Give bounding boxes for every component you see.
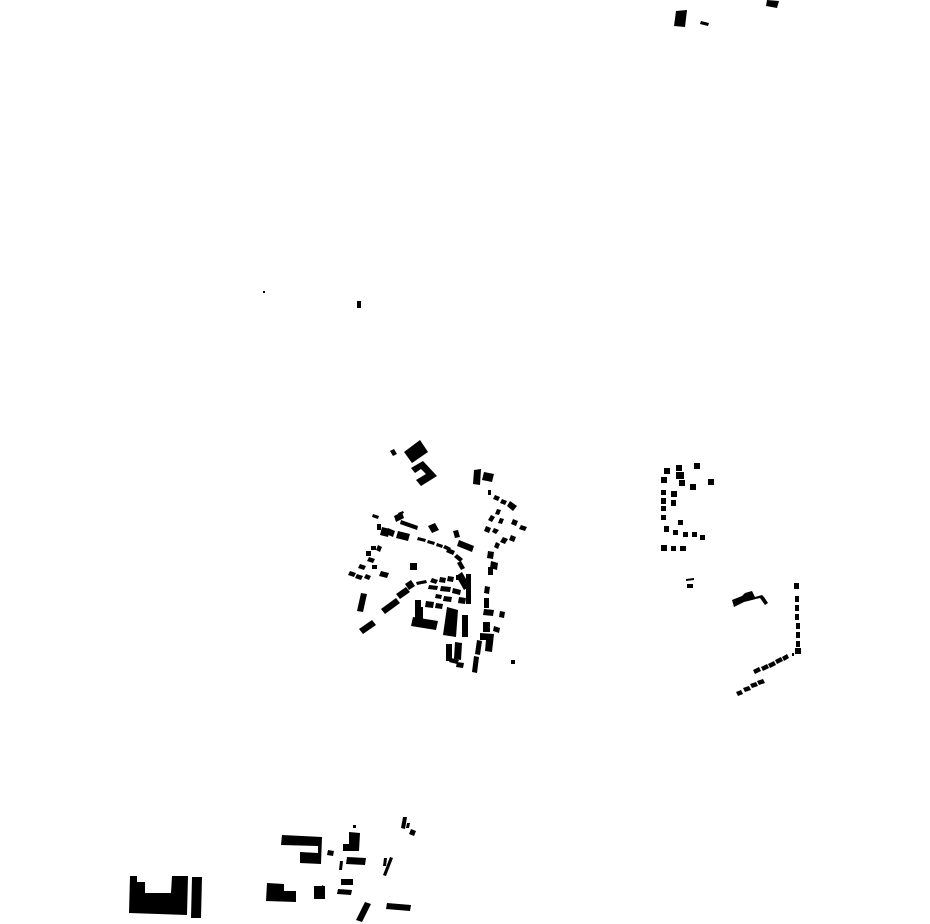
building-footprint	[443, 596, 452, 602]
building-footprint	[664, 526, 669, 532]
building-footprint	[671, 491, 677, 497]
building-footprint	[381, 598, 400, 614]
building-footprint	[700, 21, 709, 26]
building-footprint	[495, 509, 501, 515]
building-footprint	[453, 530, 460, 538]
building-footprint	[484, 526, 491, 533]
building-footprint	[401, 817, 407, 829]
building-footprint	[492, 528, 499, 534]
building-footprint	[795, 614, 799, 620]
building-footprint	[683, 532, 688, 537]
building-footprint	[346, 857, 366, 865]
building-footprint	[519, 525, 527, 531]
building-footprint	[456, 662, 464, 668]
building-footprint	[430, 578, 438, 584]
building-footprint	[458, 597, 466, 604]
building-footprint	[678, 520, 683, 525]
building-footprint	[661, 515, 666, 520]
building-footprint	[371, 546, 376, 550]
building-footprint	[191, 877, 202, 918]
building-footprint	[411, 461, 437, 486]
building-footprint	[661, 490, 666, 495]
building-footprint	[795, 605, 799, 611]
building-footprint	[795, 596, 799, 602]
building-footprint	[341, 879, 353, 885]
building-footprint	[386, 903, 411, 911]
building-footprint	[761, 664, 769, 671]
building-footprint	[509, 535, 516, 542]
building-footprint	[376, 545, 382, 552]
building-footprint	[768, 661, 776, 668]
cluster-west-outliers	[263, 291, 361, 308]
building-footprint	[484, 586, 490, 594]
building-footprint	[690, 484, 696, 490]
building-footprint	[339, 861, 343, 870]
building-footprint	[480, 633, 494, 652]
building-footprint	[692, 532, 697, 537]
building-footprint	[498, 518, 504, 524]
building-footprint	[364, 574, 371, 580]
building-footprint	[488, 490, 491, 495]
building-footprint	[483, 609, 494, 616]
building-footprint	[782, 654, 789, 661]
building-footprint	[472, 656, 479, 673]
building-footprint	[417, 537, 426, 542]
building-footprint	[494, 542, 500, 549]
building-footprint	[443, 607, 458, 637]
building-footprint	[743, 686, 751, 692]
building-footprint	[359, 620, 376, 634]
building-footprint	[356, 902, 371, 922]
building-footprint	[383, 858, 387, 866]
building-footprint	[452, 588, 461, 595]
building-footprint	[511, 519, 518, 526]
building-footprint	[457, 561, 465, 570]
building-footprint	[671, 500, 676, 506]
building-footprint	[753, 667, 761, 674]
building-footprint	[500, 499, 507, 505]
building-footprint	[462, 615, 468, 637]
building-footprint	[673, 530, 678, 535]
building-footprint	[671, 546, 676, 551]
building-footprint	[409, 829, 416, 836]
building-footprint	[661, 506, 666, 511]
building-footprint	[795, 648, 801, 654]
building-footprint	[440, 586, 451, 592]
building-footprint	[454, 554, 463, 562]
building-footprint	[353, 825, 356, 828]
building-footprint	[796, 632, 800, 638]
building-footprint	[661, 545, 667, 551]
building-footprint	[775, 657, 783, 664]
building-footprint	[343, 832, 360, 851]
building-footprint	[796, 623, 800, 629]
building-footprint	[792, 653, 794, 656]
building-footprint	[680, 546, 686, 551]
building-footprint	[416, 580, 427, 585]
building-footprint	[686, 578, 694, 581]
building-footprint	[447, 576, 454, 582]
building-footprint	[263, 291, 265, 293]
building-footprint	[511, 660, 515, 664]
building-footprint	[736, 690, 743, 696]
building-footprint	[750, 682, 758, 688]
building-footprint	[348, 571, 356, 577]
building-footprint	[457, 540, 474, 552]
building-footprint	[427, 540, 435, 545]
building-footprint	[661, 498, 666, 504]
building-footprint	[411, 617, 438, 630]
building-footprint	[796, 641, 800, 647]
building-footprint	[435, 594, 442, 599]
building-footprint	[694, 463, 700, 469]
building-footprint	[367, 557, 375, 563]
building-footprint	[327, 850, 334, 856]
building-footprint	[358, 564, 366, 570]
building-footprint	[366, 551, 371, 556]
building-footprint	[507, 501, 517, 511]
building-footprint	[687, 584, 693, 588]
building-footprint	[436, 543, 443, 548]
building-footprint	[700, 535, 705, 540]
building-footprint	[674, 10, 687, 27]
building-footprint	[708, 479, 714, 485]
building-footprint	[482, 472, 494, 482]
building-footprint	[493, 495, 500, 501]
building-footprint	[377, 524, 381, 530]
building-footprint	[428, 523, 439, 533]
building-footprint	[400, 520, 418, 530]
building-footprint	[439, 577, 446, 583]
building-footprint	[425, 601, 434, 608]
building-footprint	[357, 301, 361, 308]
building-footprint	[428, 585, 438, 590]
building-footprint	[488, 567, 493, 575]
building-footprint	[396, 531, 410, 541]
building-footprint	[487, 551, 494, 559]
building-footprint	[500, 537, 508, 544]
building-footprint	[129, 876, 188, 915]
building-footprints-layer	[0, 0, 930, 924]
building-footprint	[404, 440, 428, 463]
building-footprint	[410, 563, 417, 570]
building-footprint	[390, 449, 397, 456]
building-footprint	[676, 472, 684, 479]
building-footprint	[676, 465, 682, 471]
building-footprint	[794, 583, 799, 589]
building-footprint	[266, 883, 296, 902]
building-footprint	[454, 642, 462, 660]
cluster-south-cluster	[129, 817, 416, 922]
building-footprint	[418, 607, 423, 624]
building-footprint	[372, 514, 379, 519]
cluster-east-hamlet	[661, 463, 801, 696]
building-footprint	[661, 477, 667, 483]
building-footprint	[499, 611, 505, 618]
building-footprint	[484, 598, 489, 608]
cluster-village-core	[348, 440, 527, 673]
building-footprint	[406, 823, 410, 828]
building-footprint	[396, 587, 410, 599]
building-footprint	[379, 571, 389, 578]
building-footprint	[679, 480, 685, 486]
building-footprint	[757, 679, 765, 685]
building-footprint	[337, 889, 352, 895]
building-footprint	[357, 593, 367, 612]
building-footprint	[483, 622, 490, 632]
building-footprint	[355, 574, 363, 580]
building-footprint	[732, 591, 768, 607]
building-footprint	[766, 0, 779, 8]
building-footprint	[456, 575, 461, 580]
building-footprint	[488, 515, 495, 522]
figure-ground-map	[0, 0, 930, 924]
building-footprint	[281, 835, 322, 864]
building-footprint	[664, 468, 670, 474]
building-footprint	[475, 640, 482, 655]
building-footprint	[466, 574, 471, 604]
building-footprint	[372, 565, 377, 569]
building-footprint	[493, 626, 500, 633]
building-footprint	[473, 469, 481, 485]
cluster-north-east-outliers	[674, 0, 779, 27]
building-footprint	[435, 603, 443, 609]
